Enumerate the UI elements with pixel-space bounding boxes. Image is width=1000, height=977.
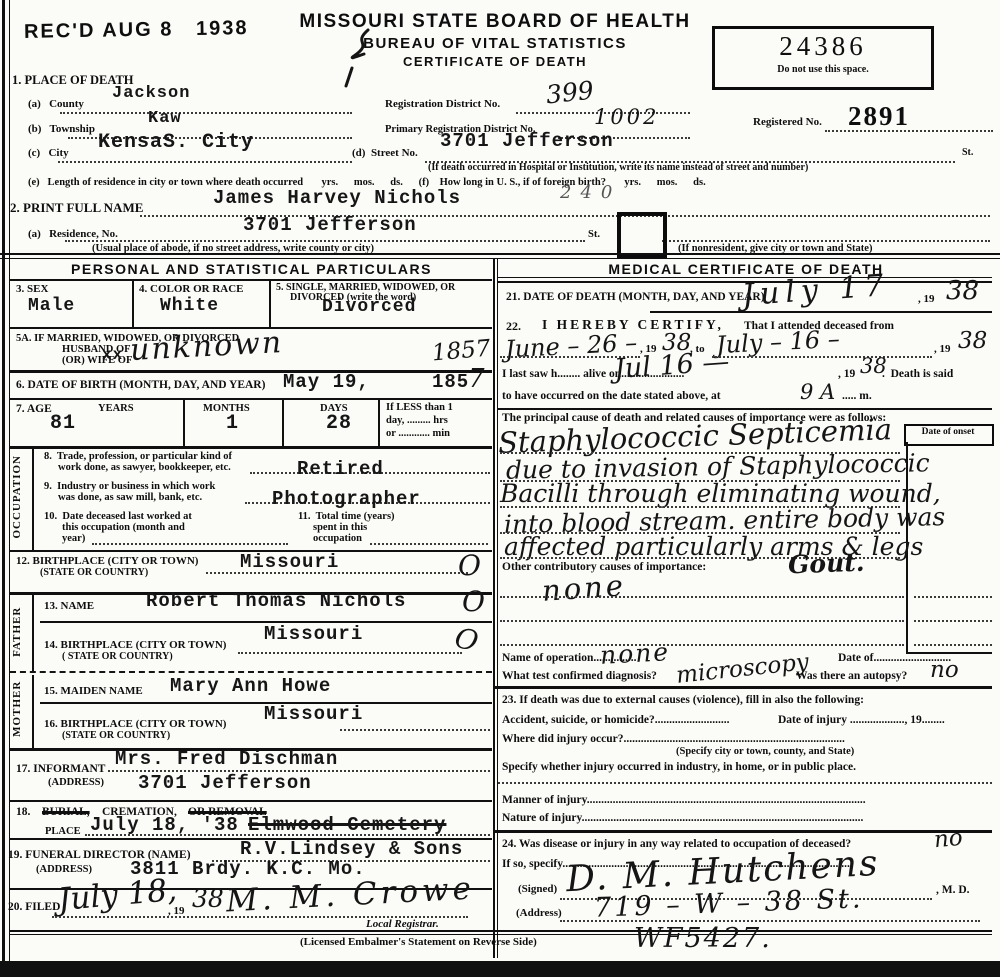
injury-date-label: Date of injury ..................., 19..… [778,714,945,726]
cell-divider [282,398,284,446]
q15-value: Mary Ann Howe [170,677,331,696]
q14-handwritten-mark: O [452,624,481,657]
cause-line-3: Bacilli through eliminating wound, [500,481,941,506]
q21-label: 21. DATE OF DEATH (MONTH, DAY, AND YEAR) [506,291,765,303]
rule [10,279,492,281]
q18-burial-label: BURIAL, [42,806,90,818]
dotted-line [60,112,352,114]
dotted-line [560,920,980,922]
dotted-line [500,644,904,646]
q22-number: 22. [506,320,521,333]
death-certificate-document: REC'D AUG 8 1938 MISSOURI STATE BOARD OF… [0,0,1000,977]
dotted-line [500,620,904,622]
cell-divider [132,281,134,327]
q16-label-1: 16. BIRTHPLACE (CITY OR TOWN) [44,719,226,731]
rule [494,686,992,689]
ward-box [617,212,667,258]
q18-place-value: Elmwood Cemetery [248,816,446,835]
certificate-number-box: 24386 Do not use this space. [712,26,934,90]
where-injury-label: Where did injury occur?.................… [502,733,845,745]
registered-no-label: Registered No. [753,117,822,129]
age-years-value: 81 [50,414,76,434]
q21-year-handwritten: 38 [946,278,979,304]
dotted-line [500,596,904,598]
side-box-divider [32,449,34,550]
rule [10,398,492,400]
sex-value: Male [28,297,75,315]
rule [10,800,492,802]
q12-label-1: 12. BIRTHPLACE (CITY OR TOWN) [16,556,198,568]
medical-header: MEDICAL CERTIFICATE OF DEATH [500,262,992,277]
registered-no-value: 2891 [848,102,910,130]
attended-to-handwritten: July – 16 – [715,327,840,357]
print-full-name-label: 2. PRINT FULL NAME [10,201,143,215]
q11-label-2: spent in this [313,522,367,533]
lastsaw-rest: . Death is said [882,368,953,380]
handwritten-mark [338,26,380,88]
q14-label-2: ( STATE OR COUNTRY) [62,652,173,663]
less-than-line-3: or ............ min [386,428,450,439]
q17-label: 17. INFORMANT [16,763,105,775]
age-days-value: 28 [326,414,352,434]
date-of-onset-box: Date of onset [904,424,994,446]
section-divider [0,258,1000,259]
dotted-line [914,644,992,646]
dotted-line [498,782,992,784]
residence-no-value: 3701 Jefferson [243,216,417,235]
lastsaw-handwritten: Jul 16 — [613,348,730,383]
q12-label-2: (STATE OR COUNTRY) [40,568,148,579]
accident-label: Accident, suicide, or homicide?.........… [502,714,730,726]
received-stamp: REC'D AUG 8 1938 [24,18,249,43]
pencil-note: 240 [560,184,621,202]
q17-value-name: Mrs. Fred Dischman [115,750,338,769]
side-box-divider [32,595,34,673]
q13-handwritten-mark: O [462,588,485,616]
occupation-side-label: OCCUPATION [12,452,24,542]
q13-label: 13. NAME [44,601,94,613]
specify-injury-label: Specify whether injury occurred in indus… [502,761,856,773]
q8-label-2: work done, as sawyer, bookkeeper, etc. [58,462,231,473]
do-not-use-label: Do not use this space. [715,65,931,76]
registrar-signature: M. M. Crowe [225,874,475,918]
lastsaw-year-printed: , 19 [838,368,855,380]
cause-line-2: due to invasion of Staphylococcic [506,450,930,482]
q23-label: 23. If death was due to external causes … [502,694,864,706]
dotted-line [712,356,932,358]
embalmer-note: (Licensed Embalmer's Statement on Revers… [300,937,537,949]
race-label: 4. COLOR OR RACE [139,284,244,296]
age-label: 7. AGE [16,403,52,415]
q24-handwritten: no [933,827,964,852]
q12-value: Missouri [240,553,339,572]
q10-label-1: 10. Date deceased last worked at [44,511,192,522]
occupation-value-2: Photographer [272,490,421,509]
dob-year-handwritten: 7 [468,366,485,392]
q19-name-value: R.V.Lindsey & Sons [240,840,463,859]
autopsy-handwritten: no [930,659,959,682]
death-date-handwritten: July 17 [741,271,890,311]
address-label: (Address) [516,908,562,920]
full-name-value: James Harvey Nichols [213,189,461,208]
city-label: (c) City [28,148,69,160]
dotted-line [238,652,462,654]
mother-side-label: MOTHER [12,664,24,754]
q17-value-address: 3701 Jefferson [138,774,312,793]
sex-label: 3. SEX [16,284,48,296]
where-injury-note: (Specify city or town, county, and State… [676,746,854,757]
rule [10,934,992,935]
left-edge-line [2,0,5,962]
left-edge-line-inner [9,0,10,962]
occurred-rest: ..... m. [842,390,872,402]
section-divider [0,253,1000,255]
dob-year: 185 [432,373,469,392]
q9-label-1: 9. Industry or business in which work [44,481,215,492]
spouse-typed: xx [102,347,123,363]
contributory-handwritten: Gout. [788,550,865,578]
occurred-time-handwritten: 9 A [800,382,835,403]
cell-divider [183,398,185,446]
q12-handwritten-mark: O [458,552,481,580]
cell-divider [378,398,380,446]
residence-street-abbr: St. [588,229,600,240]
side-box-divider [32,675,34,748]
less-than-line-2: day, ......... hrs [386,415,448,426]
physician-address-handwritten: 719 – W – 38 St. [594,885,864,921]
q13-value: Robert Thomas Nichols [146,592,406,611]
county-label: (a) County [28,99,84,111]
column-divider-inner [497,258,498,958]
q11-label-3: occupation [313,533,362,544]
dob-label: 6. DATE OF BIRTH (MONTH, DAY, AND YEAR) [16,379,265,391]
operation-handwritten: none [599,639,670,668]
city-value: KensaS. City [98,133,254,153]
dotted-line [58,161,352,163]
race-value: White [160,297,219,315]
q18-number: 18. [16,806,30,818]
manner-of-injury-label: Manner of injury........................… [502,794,866,806]
q15-label: 15. MAIDEN NAME [44,686,143,698]
registration-district-value: 399 [545,78,595,108]
township-label: (b) Township [28,124,95,136]
contributory-none-handwritten: none [541,571,627,606]
q16-value: Missouri [264,705,363,724]
dotted-line [340,729,490,731]
less-than-line-1: If LESS than 1 [386,402,453,413]
dotted-line [65,240,585,242]
dob-value: May 19, [283,373,370,392]
street-no-value: 3701 Jefferson [440,132,614,151]
q14-label-1: 14. BIRTHPLACE (CITY OR TOWN) [44,640,226,652]
md-label: , M. D. [936,884,970,896]
nature-of-injury-label: Nature of injury........................… [502,812,863,824]
q17-sublabel: (ADDRESS) [48,777,104,788]
primary-registration-value: 1002 [594,107,659,128]
dotted-line [92,543,288,545]
rule [10,370,492,373]
marital-value: Divorced [322,298,416,316]
q9-label-2: was done, as saw mill, bank, etc. [58,492,202,503]
q21-year-printed: , 19 [918,294,935,306]
test-label: What test confirmed diagnosis? [502,670,657,682]
residence-no-label: (a) Residence, No. [28,229,118,241]
file-number-handwritten: WF5427. [634,925,772,952]
county-value: Jackson [112,85,190,102]
occurred-label: to have occurred on the date stated abov… [502,390,721,402]
street-suffix: St. [962,148,973,159]
autopsy-label: Was there an autopsy? [796,670,907,682]
test-handwritten: microscopy [675,651,810,688]
rule [494,830,992,833]
rule [10,446,492,449]
rule [498,408,992,410]
to-year-handwritten: 38 [958,330,987,353]
years-label: YEARS [98,403,134,414]
filed-year-handwritten: 38 [192,886,224,911]
certificate-number: 24386 [715,32,931,60]
dotted-line [85,834,490,836]
q18-date-value: July 18, '38 [90,816,239,835]
cell-divider [269,281,271,327]
to-year-printed: , 19 [934,344,951,356]
dotted-line [370,543,488,545]
q16-label-2: (STATE OR COUNTRY) [62,731,170,742]
q19-sublabel: (ADDRESS) [36,864,92,875]
q14-value: Missouri [264,625,363,644]
q10-label-3: year) [62,533,85,544]
q11-label-1: 11. Total time (years) [298,511,395,522]
q18-place-label: PLACE [45,826,81,837]
spouse-handwritten: unknown [129,328,284,366]
township-value: Kaw [148,110,182,127]
rule [650,311,992,313]
signed-label: (Signed) [518,884,557,896]
q10-label-2: this occupation (month and [62,522,185,533]
dotted-line [914,596,992,598]
spouse-year: 1857 [431,337,491,365]
rule [10,930,992,932]
q8-label-1: 8. Trade, profession, or particular kind… [44,451,232,462]
age-months-value: 1 [226,414,239,434]
street-no-label: (d) Street No. [352,148,418,160]
filed-date-handwritten: July 18, [57,875,178,916]
dashed-rule [10,671,492,673]
date-of-onset-label: Date of onset [906,428,990,438]
local-registrar-label: Local Registrar. [366,919,439,931]
dotted-line [914,620,992,622]
personal-header: PERSONAL AND STATISTICAL PARTICULARS [10,262,493,277]
q20-filed-label: 20. FILED [8,901,60,913]
registration-district-label: Registration District No. [385,99,500,111]
occupation-value-1: Retired [297,460,384,479]
bottom-scan-bar [0,961,1000,977]
hospital-note: (If death occurred in Hospital or Instit… [428,163,808,174]
dotted-line [662,240,990,242]
column-divider [493,258,495,958]
